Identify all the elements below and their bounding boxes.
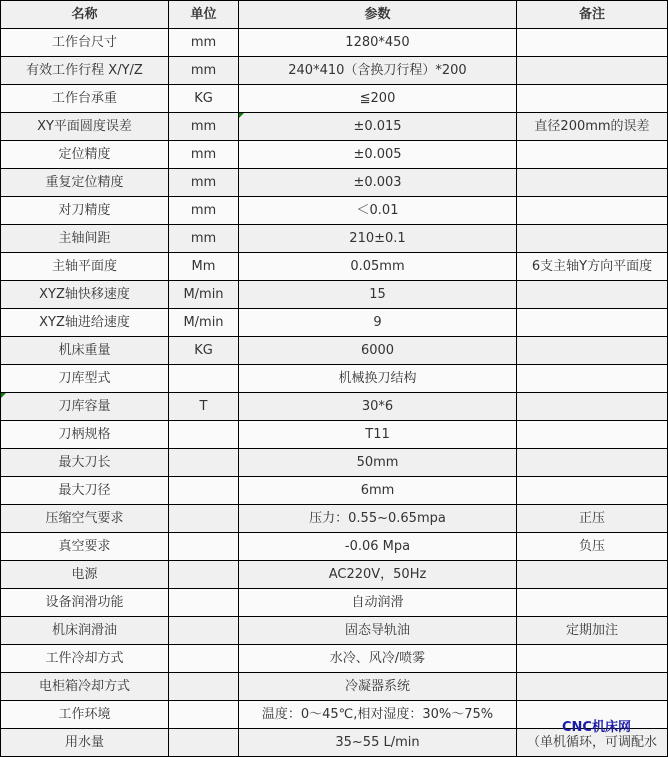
cell-param: -0.06 Mpa bbox=[239, 533, 517, 561]
cell-name: 工作环境 bbox=[1, 701, 169, 729]
cell-unit bbox=[169, 645, 239, 673]
cell-note bbox=[517, 309, 668, 337]
table-row: 刀库型式机械换刀结构 bbox=[1, 365, 668, 393]
cell-name: 刀库容量 bbox=[1, 393, 169, 421]
table-row: 刀库容量T30*6 bbox=[1, 393, 668, 421]
table-row: 最大刀长50mm bbox=[1, 449, 668, 477]
table-row: 最大刀径6mm bbox=[1, 477, 668, 505]
cell-note: 6支主轴Y方向平面度 bbox=[517, 253, 668, 281]
cell-param: AC220V，50Hz bbox=[239, 561, 517, 589]
cell-unit bbox=[169, 365, 239, 393]
table-row: 有效工作行程 X/Y/Zmm240*410（含换刀行程）*200 bbox=[1, 57, 668, 85]
cell-param: 210±0.1 bbox=[239, 225, 517, 253]
cell-unit: mm bbox=[169, 169, 239, 197]
cell-param: 9 bbox=[239, 309, 517, 337]
cell-param: T11 bbox=[239, 421, 517, 449]
cell-name: 工作台尺寸 bbox=[1, 29, 169, 57]
cell-unit: mm bbox=[169, 197, 239, 225]
cell-unit bbox=[169, 617, 239, 645]
table-row: XYZ轴进给速度M/min9 bbox=[1, 309, 668, 337]
cell-param: 固态导轨油 bbox=[239, 617, 517, 645]
table-row: 电柜箱冷却方式冷凝器系统 bbox=[1, 673, 668, 701]
cell-name: XYZ轴进给速度 bbox=[1, 309, 169, 337]
cell-note bbox=[517, 85, 668, 113]
table-row: 工作台尺寸mm1280*450 bbox=[1, 29, 668, 57]
cell-param: 30*6 bbox=[239, 393, 517, 421]
cell-unit bbox=[169, 701, 239, 729]
cell-unit: Mm bbox=[169, 253, 239, 281]
cell-name: 真空要求 bbox=[1, 533, 169, 561]
cell-param: ±0.005 bbox=[239, 141, 517, 169]
cell-name: 对刀精度 bbox=[1, 197, 169, 225]
table-row: 真空要求-0.06 Mpa负压 bbox=[1, 533, 668, 561]
cell-param: ≦200 bbox=[239, 85, 517, 113]
cell-unit: M/min bbox=[169, 281, 239, 309]
cell-unit: mm bbox=[169, 141, 239, 169]
comment-marker-icon bbox=[239, 113, 244, 118]
cell-note bbox=[517, 197, 668, 225]
cell-note bbox=[517, 477, 668, 505]
cell-param: 6mm bbox=[239, 477, 517, 505]
cell-unit: KG bbox=[169, 85, 239, 113]
table-row: 刀柄规格T11 bbox=[1, 421, 668, 449]
table-row: 重复定位精度mm±0.003 bbox=[1, 169, 668, 197]
cell-note: 直径200mm的误差 bbox=[517, 113, 668, 141]
cell-param: 15 bbox=[239, 281, 517, 309]
table-row: XYZ轴快移速度M/min15 bbox=[1, 281, 668, 309]
cell-param: ±0.015 bbox=[239, 113, 517, 141]
cell-note: 负压 bbox=[517, 533, 668, 561]
cell-param: 1280*450 bbox=[239, 29, 517, 57]
cell-name: 主轴间距 bbox=[1, 225, 169, 253]
cell-param: 机械换刀结构 bbox=[239, 365, 517, 393]
table-row: 主轴间距mm210±0.1 bbox=[1, 225, 668, 253]
cell-note bbox=[517, 673, 668, 701]
cell-unit bbox=[169, 561, 239, 589]
cell-name: 有效工作行程 X/Y/Z bbox=[1, 57, 169, 85]
cell-note bbox=[517, 337, 668, 365]
cell-note bbox=[517, 29, 668, 57]
cell-name: XY平面圆度误差 bbox=[1, 113, 169, 141]
cell-unit: KG bbox=[169, 337, 239, 365]
watermark-logo: CNC机床网 bbox=[562, 721, 631, 735]
cell-note bbox=[517, 169, 668, 197]
cell-name: 最大刀径 bbox=[1, 477, 169, 505]
cell-note bbox=[517, 421, 668, 449]
cell-name: XYZ轴快移速度 bbox=[1, 281, 169, 309]
cell-param: 50mm bbox=[239, 449, 517, 477]
table-row: 机床润滑油固态导轨油定期加注 bbox=[1, 617, 668, 645]
cell-unit bbox=[169, 729, 239, 757]
cell-note bbox=[517, 57, 668, 85]
cell-unit: mm bbox=[169, 225, 239, 253]
cell-param: 压力：0.55~0.65mpa bbox=[239, 505, 517, 533]
table-row: 压缩空气要求压力：0.55~0.65mpa正压 bbox=[1, 505, 668, 533]
cell-unit bbox=[169, 505, 239, 533]
cell-note bbox=[517, 225, 668, 253]
cell-note bbox=[517, 393, 668, 421]
cell-name: 机床润滑油 bbox=[1, 617, 169, 645]
cell-unit: mm bbox=[169, 57, 239, 85]
cell-param: 35~55 L/min bbox=[239, 729, 517, 757]
cell-name: 工件冷却方式 bbox=[1, 645, 169, 673]
table-row: 对刀精度mm＜0.01 bbox=[1, 197, 668, 225]
spec-table: 名称 单位 参数 备注 工作台尺寸mm1280*450有效工作行程 X/Y/Zm… bbox=[0, 0, 668, 757]
cell-param: 6000 bbox=[239, 337, 517, 365]
table-row: 主轴平面度Mm0.05mm6支主轴Y方向平面度 bbox=[1, 253, 668, 281]
cell-name: 最大刀长 bbox=[1, 449, 169, 477]
header-param: 参数 bbox=[239, 1, 517, 29]
cell-name: 工作台承重 bbox=[1, 85, 169, 113]
cell-unit bbox=[169, 421, 239, 449]
cell-note bbox=[517, 645, 668, 673]
table-row: 工作台承重KG≦200 bbox=[1, 85, 668, 113]
cell-note bbox=[517, 561, 668, 589]
cell-unit bbox=[169, 533, 239, 561]
cell-unit bbox=[169, 589, 239, 617]
cell-name: 刀库型式 bbox=[1, 365, 169, 393]
table-row: 设备润滑功能自动润滑 bbox=[1, 589, 668, 617]
cell-note bbox=[517, 281, 668, 309]
cell-param: ＜0.01 bbox=[239, 197, 517, 225]
cell-note: 正压 bbox=[517, 505, 668, 533]
cell-name: 重复定位精度 bbox=[1, 169, 169, 197]
table-row: 工件冷却方式水冷、风冷/喷雾 bbox=[1, 645, 668, 673]
cell-unit: M/min bbox=[169, 309, 239, 337]
cell-note bbox=[517, 589, 668, 617]
cell-unit: mm bbox=[169, 29, 239, 57]
cell-param: 240*410（含换刀行程）*200 bbox=[239, 57, 517, 85]
cell-param: 0.05mm bbox=[239, 253, 517, 281]
header-row: 名称 单位 参数 备注 bbox=[1, 1, 668, 29]
cell-note bbox=[517, 449, 668, 477]
cell-name: 压缩空气要求 bbox=[1, 505, 169, 533]
cell-param: 温度：0～45℃,相对湿度：30%～75% bbox=[239, 701, 517, 729]
cell-unit bbox=[169, 477, 239, 505]
cell-note bbox=[517, 365, 668, 393]
cell-note: 定期加注 bbox=[517, 617, 668, 645]
cell-name: 电源 bbox=[1, 561, 169, 589]
cell-name: 主轴平面度 bbox=[1, 253, 169, 281]
header-unit: 单位 bbox=[169, 1, 239, 29]
cell-name: 机床重量 bbox=[1, 337, 169, 365]
table-body: 工作台尺寸mm1280*450有效工作行程 X/Y/Zmm240*410（含换刀… bbox=[1, 29, 668, 757]
cell-name: 用水量 bbox=[1, 729, 169, 757]
comment-marker-icon bbox=[1, 393, 6, 398]
cell-param: ±0.003 bbox=[239, 169, 517, 197]
cell-param: 自动润滑 bbox=[239, 589, 517, 617]
cell-name: 刀柄规格 bbox=[1, 421, 169, 449]
cell-unit: mm bbox=[169, 113, 239, 141]
table-row: 机床重量KG6000 bbox=[1, 337, 668, 365]
cell-param: 水冷、风冷/喷雾 bbox=[239, 645, 517, 673]
cell-param: 冷凝器系统 bbox=[239, 673, 517, 701]
header-note: 备注 bbox=[517, 1, 668, 29]
table-row: 电源AC220V，50Hz bbox=[1, 561, 668, 589]
cell-unit bbox=[169, 673, 239, 701]
cell-unit bbox=[169, 449, 239, 477]
table-row: 定位精度mm±0.005 bbox=[1, 141, 668, 169]
cell-name: 定位精度 bbox=[1, 141, 169, 169]
cell-name: 电柜箱冷却方式 bbox=[1, 673, 169, 701]
table-row: XY平面圆度误差mm±0.015直径200mm的误差 bbox=[1, 113, 668, 141]
cell-name: 设备润滑功能 bbox=[1, 589, 169, 617]
cell-unit: T bbox=[169, 393, 239, 421]
header-name: 名称 bbox=[1, 1, 169, 29]
cell-note bbox=[517, 141, 668, 169]
